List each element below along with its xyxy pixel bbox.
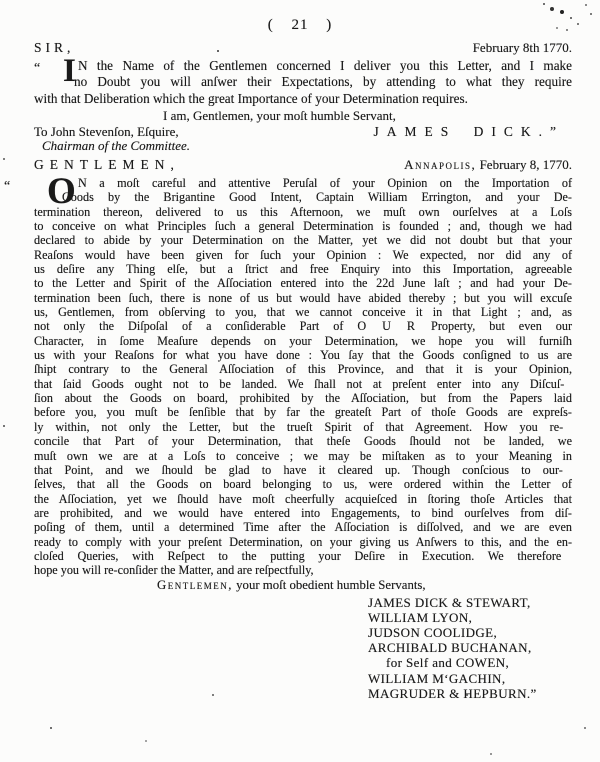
italic-text: us with your Reaſons for what you have d… <box>34 348 312 362</box>
text-segment: general Determination is founded ; and, <box>259 219 489 233</box>
text-line: ſelves, that all the Goods on board belo… <box>34 477 572 491</box>
text-segment: ; but you will excuſe <box>445 291 572 305</box>
italic-text: cloſed Queries, <box>34 549 118 563</box>
text-line: termination been ſuch, there is none of … <box>34 291 572 305</box>
italic-text: February <box>480 157 527 172</box>
italic-text: To <box>34 124 51 139</box>
text-segment: Goods by the Brigantine <box>62 190 229 204</box>
text-line: not only the Diſpoſal of a conſiderable … <box>34 319 572 333</box>
italic-text: though we had <box>489 219 572 233</box>
text-line: concile that Part of your Determination,… <box>34 434 572 448</box>
text-line: WILLIAM M‘GACHIN, <box>368 671 572 686</box>
text-segment: Annapolis, <box>404 157 476 172</box>
text-line: Goods by the Brigantine Good Intent, Cap… <box>62 190 572 204</box>
italic-text: June <box>403 276 425 290</box>
text-line: ready to comply with your preſent Determ… <box>34 535 572 549</box>
first-letter-body: “ I N the Name of the Gentlemen concerne… <box>34 58 572 107</box>
text-segment: John Stevenſon, <box>51 124 137 139</box>
text-segment: on <box>303 535 330 549</box>
text-line: the Aſſociation, yet we ſhould have moſt… <box>34 492 572 506</box>
text-line: before you, you muſt be ſenſible that by… <box>34 405 572 419</box>
page-number: ( 21 ) <box>0 17 600 34</box>
italic-text: ſtrict and free <box>245 262 329 276</box>
text-line: are prohibited, and we would have entere… <box>34 506 572 520</box>
text-segment: muſt own we are at a Loſs to conceive ; … <box>34 449 572 463</box>
text-line: us with your Reaſons for what you have d… <box>34 348 572 362</box>
text-segment: and your De- <box>471 190 572 204</box>
italic-text: within the Letter of <box>452 477 572 491</box>
text-segment: us deſire any Thing elſe, but a <box>34 262 245 276</box>
text-segment: before you, you muſt be ſenſible that by… <box>34 405 572 419</box>
text-line: to the Letter and Spirit of the Aſſociat… <box>34 276 572 290</box>
italic-text: termination been ſuch, there is none of … <box>34 291 445 305</box>
text-line: JUDSON COOLIDGE, <box>368 625 572 640</box>
text-line: no Doubt you will anſwer their Expectati… <box>74 74 572 90</box>
italic-text: we muſt own ourſelves at a Loſs <box>356 205 572 219</box>
text-line: for Self and COWEN, <box>386 655 572 670</box>
italic-text: cannot conceive it in that Light <box>320 305 508 319</box>
text-segment: O U R <box>357 319 431 333</box>
signature-james-dick: JAMES DICK.” <box>373 124 564 139</box>
text-segment: laſt ; <box>425 276 470 290</box>
text-line: JAMES DICK & STEWART, <box>368 595 572 610</box>
italic-text: poſing of them, <box>34 520 122 534</box>
text-segment: ly within, not only the Letter, but the <box>34 420 287 434</box>
signature-block: JAMES DICK & STEWART,WILLIAM LYON,JUDSON… <box>368 595 572 701</box>
text-segment: JAMES DICK & STEWART, <box>368 595 531 610</box>
text-segment: Captain <box>302 190 368 204</box>
text-line: us, Gentlemen, from obſerving to you, th… <box>34 305 572 319</box>
text-line: declared to abide by your Determination … <box>34 233 572 247</box>
text-segment: on the Matter, yet we did not doubt but … <box>272 233 572 247</box>
text-line: MAGRUDER & HEPBURN.” <box>368 686 572 701</box>
text-segment: enter into any Diſcuſ- <box>426 377 564 391</box>
text-segment: WILLIAM M‘GACHIN, <box>368 671 506 686</box>
italic-text: bind ourſelves from diſ- <box>432 506 572 520</box>
second-letter-header: GENTLEMEN, Annapolis, February 8, 1770. <box>34 157 572 174</box>
text-line: N a moſt careful and attentive Peruſal o… <box>78 176 572 190</box>
italic-text: Property, <box>431 319 475 333</box>
text-line: Character, in ſome Meaſure depends on yo… <box>34 334 572 348</box>
second-letter-closing: Gentlemen, your moſt obedient humble Ser… <box>157 578 572 592</box>
italic-text: declared to abide by your Determination <box>34 233 272 247</box>
first-letter-header: SIR, February 8th 1770. <box>34 40 572 57</box>
open-quote-mark: “ <box>34 61 40 77</box>
text-segment: MAGRUDER & HEPBURN.” <box>368 686 537 701</box>
italic-text: I am, <box>163 108 190 123</box>
scanned-letter-page: ( 21 ) SIR, February 8th 1770. “ I N the… <box>0 0 600 762</box>
text-segment: ; and, as <box>507 305 572 319</box>
italic-text: your giving us Anſwers to this, and the … <box>330 535 572 549</box>
text-line: us deſire any Thing elſe, but a ſtrict a… <box>34 262 572 276</box>
second-letter-dateline: Annapolis, February 8, 1770. <box>404 157 572 173</box>
text-segment: Enquiry into this Importation, agreeable <box>329 262 572 276</box>
text-segment: You ſay that the Goods conſigned to us a… <box>312 348 572 362</box>
text-segment: to <box>34 276 52 290</box>
first-letter-closing: I am, Gentlemen, your moſt humble Servan… <box>163 108 572 123</box>
text-line: to conceive on what Principles ſuch a ge… <box>34 219 572 233</box>
text-column: SIR, February 8th 1770. “ I N the Name o… <box>34 40 572 701</box>
text-segment: concile that Part of your Determination,… <box>34 434 409 448</box>
text-segment: not be landed, we <box>441 434 572 448</box>
open-quote-mark: “ <box>4 180 10 194</box>
text-segment: with Reſpect to the putting your Deſire … <box>118 549 561 563</box>
text-line: that Point, and we ſhould be glad to hav… <box>34 463 572 477</box>
text-line: muſt own we are at a Loſs to conceive ; … <box>34 449 572 463</box>
text-line: Reaſons would have been given for ſuch y… <box>34 248 572 262</box>
text-line: ſion about the Goods on board, prohibite… <box>34 391 572 405</box>
italic-text: your moſt obedient humble Servants, <box>236 578 425 592</box>
text-segment: yet we ſhould have moſt cheerfully acqui… <box>117 492 428 506</box>
text-segment: but even our <box>475 319 572 333</box>
text-segment: that ſaid Goods ought not to be landed. … <box>34 377 373 391</box>
text-line: N the Name of the Gentlemen concerned I … <box>78 58 572 74</box>
text-segment: of the Aſſociation entered into the 22d <box>167 276 403 290</box>
text-segment: ſhipt contrary to the General Aſſociatio… <box>34 362 572 376</box>
text-segment: us, Gentlemen, from obſerving to you, th… <box>34 305 320 319</box>
italic-text: for Self and <box>386 655 456 670</box>
italic-text: Eſquire, <box>137 124 179 139</box>
addressee: To John Stevenſon, Eſquire, <box>34 124 179 139</box>
text-line: cloſed Queries, with Reſpect to the putt… <box>34 549 572 563</box>
italic-text: and we are even <box>473 520 572 534</box>
italic-text: February <box>473 40 520 55</box>
italic-text: ſhould <box>409 434 440 448</box>
text-line: ARCHIBALD BUCHANAN, <box>368 640 572 655</box>
text-line: hope you will re-conſider the Matter, an… <box>34 563 572 577</box>
text-segment: Gentlemen, <box>157 578 233 592</box>
text-segment: hope you will re-conſider the Matter, an… <box>34 563 314 577</box>
drop-cap-i: I <box>63 55 76 87</box>
italic-text: to conceive on what Principles ſuch a <box>34 219 259 233</box>
italic-text: and had your De- <box>470 276 572 290</box>
text-line: with that Deliberation which the great I… <box>34 91 572 107</box>
italic-text: William Errington, <box>368 190 471 204</box>
italic-text: trueſt <box>287 420 313 434</box>
text-segment: not only the Diſpoſal of a conſiderable … <box>34 319 357 333</box>
text-line: WILLIAM LYON, <box>368 610 572 625</box>
text-segment: N the Name of the Gentlemen concerned I … <box>78 58 572 73</box>
text-segment: N a moſt careful and attentive Peruſal o… <box>78 176 572 190</box>
italic-text: Good Intent, <box>229 190 302 204</box>
italic-text: ready to comply with your preſent Determ… <box>34 535 303 549</box>
text-segment: in ſome Meaſure depends on your Determin… <box>84 334 539 348</box>
italic-text: Character, <box>34 334 84 348</box>
addressee-title: Chairman of the Committee. <box>42 139 572 153</box>
text-segment: termination thereon, delivered to us thi… <box>34 205 356 219</box>
text-segment: no Doubt you will anſwer their Expectati… <box>74 74 572 89</box>
text-segment: WILLIAM LYON, <box>368 610 472 625</box>
italic-text: the Aſſociation, <box>34 492 117 506</box>
text-line: termination thereon, delivered to us thi… <box>34 205 572 219</box>
italic-text: furniſh <box>539 334 572 348</box>
text-segment: with that Deliberation which the great I… <box>34 91 468 106</box>
text-segment: Spirit of that Agreement. How you re- <box>313 420 564 434</box>
italic-text: the Letter and Spirit <box>52 276 167 290</box>
text-segment: Reaſons would have been given for ſuch y… <box>34 248 572 262</box>
text-segment: ARCHIBALD BUCHANAN, <box>368 640 532 655</box>
scan-speckles <box>0 0 2 2</box>
text-line: that ſaid Goods ought not to be landed. … <box>34 377 572 391</box>
text-segment: ſelves, that all the Goods on board belo… <box>34 477 452 491</box>
text-segment: 8th 1770. <box>520 40 572 55</box>
text-segment: and we would have entered into Engagemen… <box>113 506 431 520</box>
text-segment: ſion about the Goods on board, prohibite… <box>34 391 572 405</box>
italic-text: at preſent <box>373 377 426 391</box>
text-segment: that Point, and we ſhould be glad to hav… <box>34 463 563 477</box>
addressee-row: To John Stevenſon, Eſquire, JAMES DICK.” <box>34 124 572 139</box>
second-letter-body: “ O N a moſt careful and attentive Peruſ… <box>34 176 572 578</box>
text-line: poſing of them, until a determined Time … <box>34 520 572 534</box>
italic-text: your moſt humble Servant, <box>257 108 396 123</box>
italic-text: ſtoring thoſe Articles that <box>427 492 572 506</box>
text-line: ly within, not only the Letter, but the … <box>34 420 572 434</box>
first-letter-date: February 8th 1770. <box>473 40 572 56</box>
text-segment: until a determined Time after the Aſſoci… <box>122 520 473 534</box>
text-segment: COWEN, <box>456 655 509 670</box>
text-segment: JUDSON COOLIDGE, <box>368 625 497 640</box>
italic-text: are prohibited, <box>34 506 113 520</box>
text-segment: Gentlemen, <box>190 108 257 123</box>
text-segment: 8, 1770. <box>527 157 573 172</box>
text-line: ſhipt contrary to the General Aſſociatio… <box>34 362 572 376</box>
drop-cap-o: O <box>47 175 76 208</box>
